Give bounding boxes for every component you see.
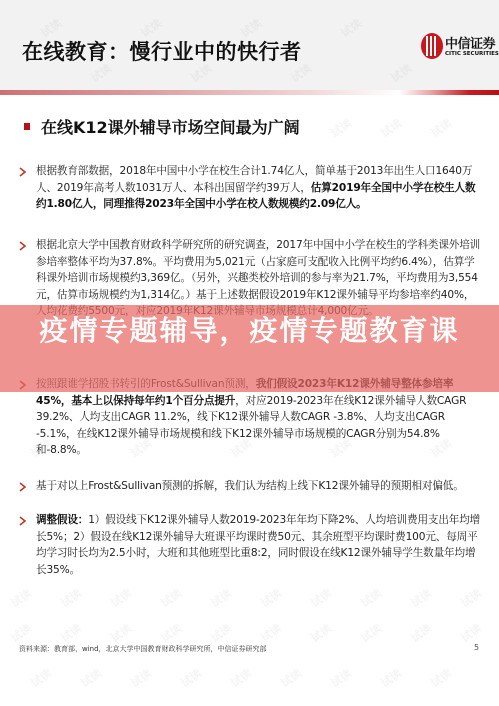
logo-name-cn: 中信证券: [445, 33, 495, 52]
citic-logo: 中信证券 CITIC SECURITIES: [421, 33, 491, 61]
bullet-text: 根据教育部数据，2018年中国中小学在校生合计1.74亿人，简单基于2013年出…: [36, 163, 484, 213]
watermark-text: 试读: [377, 115, 404, 141]
citic-logo-icon: [421, 33, 443, 59]
bullet-text-segment: 基于对以上Frost&Sullivan预测的拆解，我们认为结构上线下K12课外辅…: [36, 480, 464, 492]
section-title: 在线K12课外辅导市场空间最为广阔: [41, 115, 300, 138]
bullet-text-emphasis: 调整假设：: [36, 514, 88, 526]
watermark-text: 试读: [207, 585, 234, 611]
watermark-text: 试读: [227, 665, 254, 691]
watermark-text: 试读: [357, 585, 384, 611]
watermark-text: 试读: [407, 585, 434, 611]
page-number: 5: [474, 643, 479, 652]
watermark-text: 试读: [157, 620, 184, 646]
watermark-text: 试读: [127, 665, 154, 691]
bullet-text: 基于对以上Frost&Sullivan预测的拆解，我们认为结构上线下K12课外辅…: [36, 478, 484, 495]
bullet-text-segment: 1）假设线下K12课外辅导人数2019-2023年年均下降2%、人均培训费用支出…: [36, 514, 480, 576]
arrow-bullet-icon: [19, 516, 27, 526]
page-title: 在线教育：慢行业中的快行者: [22, 36, 302, 66]
watermark-text: 试读: [257, 620, 284, 646]
bullet-text: 调整假设：1）假设线下K12课外辅导人数2019-2023年年均下降2%、人均培…: [36, 512, 484, 578]
watermark-text: 试读: [57, 620, 84, 646]
watermark-text: 试读: [377, 665, 404, 691]
slide-header: 在线教育：慢行业中的快行者 中信证券 CITIC SECURITIES: [0, 0, 499, 90]
watermark-text: 试读: [457, 620, 484, 646]
watermark-text: 试读: [307, 620, 334, 646]
source-note: 资料来源：教育部，wind，北京大学中国教育财政科学研究所，中信证券研究部: [19, 644, 267, 654]
banner-title: 疫情专题辅导，疫情专题教育课: [0, 313, 499, 349]
watermark-text: 试读: [177, 665, 204, 691]
watermark-text: 试读: [327, 115, 354, 141]
arrow-bullet-icon: [19, 167, 27, 177]
logo-name-en: CITIC SECURITIES: [445, 51, 499, 57]
watermark-text: 试读: [277, 665, 304, 691]
watermark-text: 试读: [107, 585, 134, 611]
watermark-text: 试读: [427, 665, 454, 691]
watermark-text: 试读: [157, 585, 184, 611]
watermark-text: 试读: [57, 585, 84, 611]
overlay-banner[interactable]: 疫情专题辅导，疫情专题教育课: [0, 305, 499, 392]
watermark-text: 试读: [257, 585, 284, 611]
header-divider: [0, 90, 499, 95]
watermark-text: 试读: [7, 585, 34, 611]
watermark-text: 试读: [427, 115, 454, 141]
watermark-text: 试读: [7, 620, 34, 646]
watermark-text: 试读: [327, 665, 354, 691]
watermark-text: 试读: [457, 585, 484, 611]
watermark-text: 试读: [77, 665, 104, 691]
watermark-text: 试读: [107, 620, 134, 646]
watermark-text: 试读: [207, 620, 234, 646]
arrow-bullet-icon: [19, 482, 27, 492]
watermark-text: 试读: [357, 620, 384, 646]
watermark-text: 试读: [307, 585, 334, 611]
square-bullet-icon: [24, 123, 30, 130]
slide-page: 在线教育：慢行业中的快行者 中信证券 CITIC SECURITIES 在线K1…: [0, 0, 499, 706]
arrow-bullet-icon: [19, 241, 27, 251]
watermark-text: 试读: [27, 665, 54, 691]
watermark-text: 试读: [407, 620, 434, 646]
